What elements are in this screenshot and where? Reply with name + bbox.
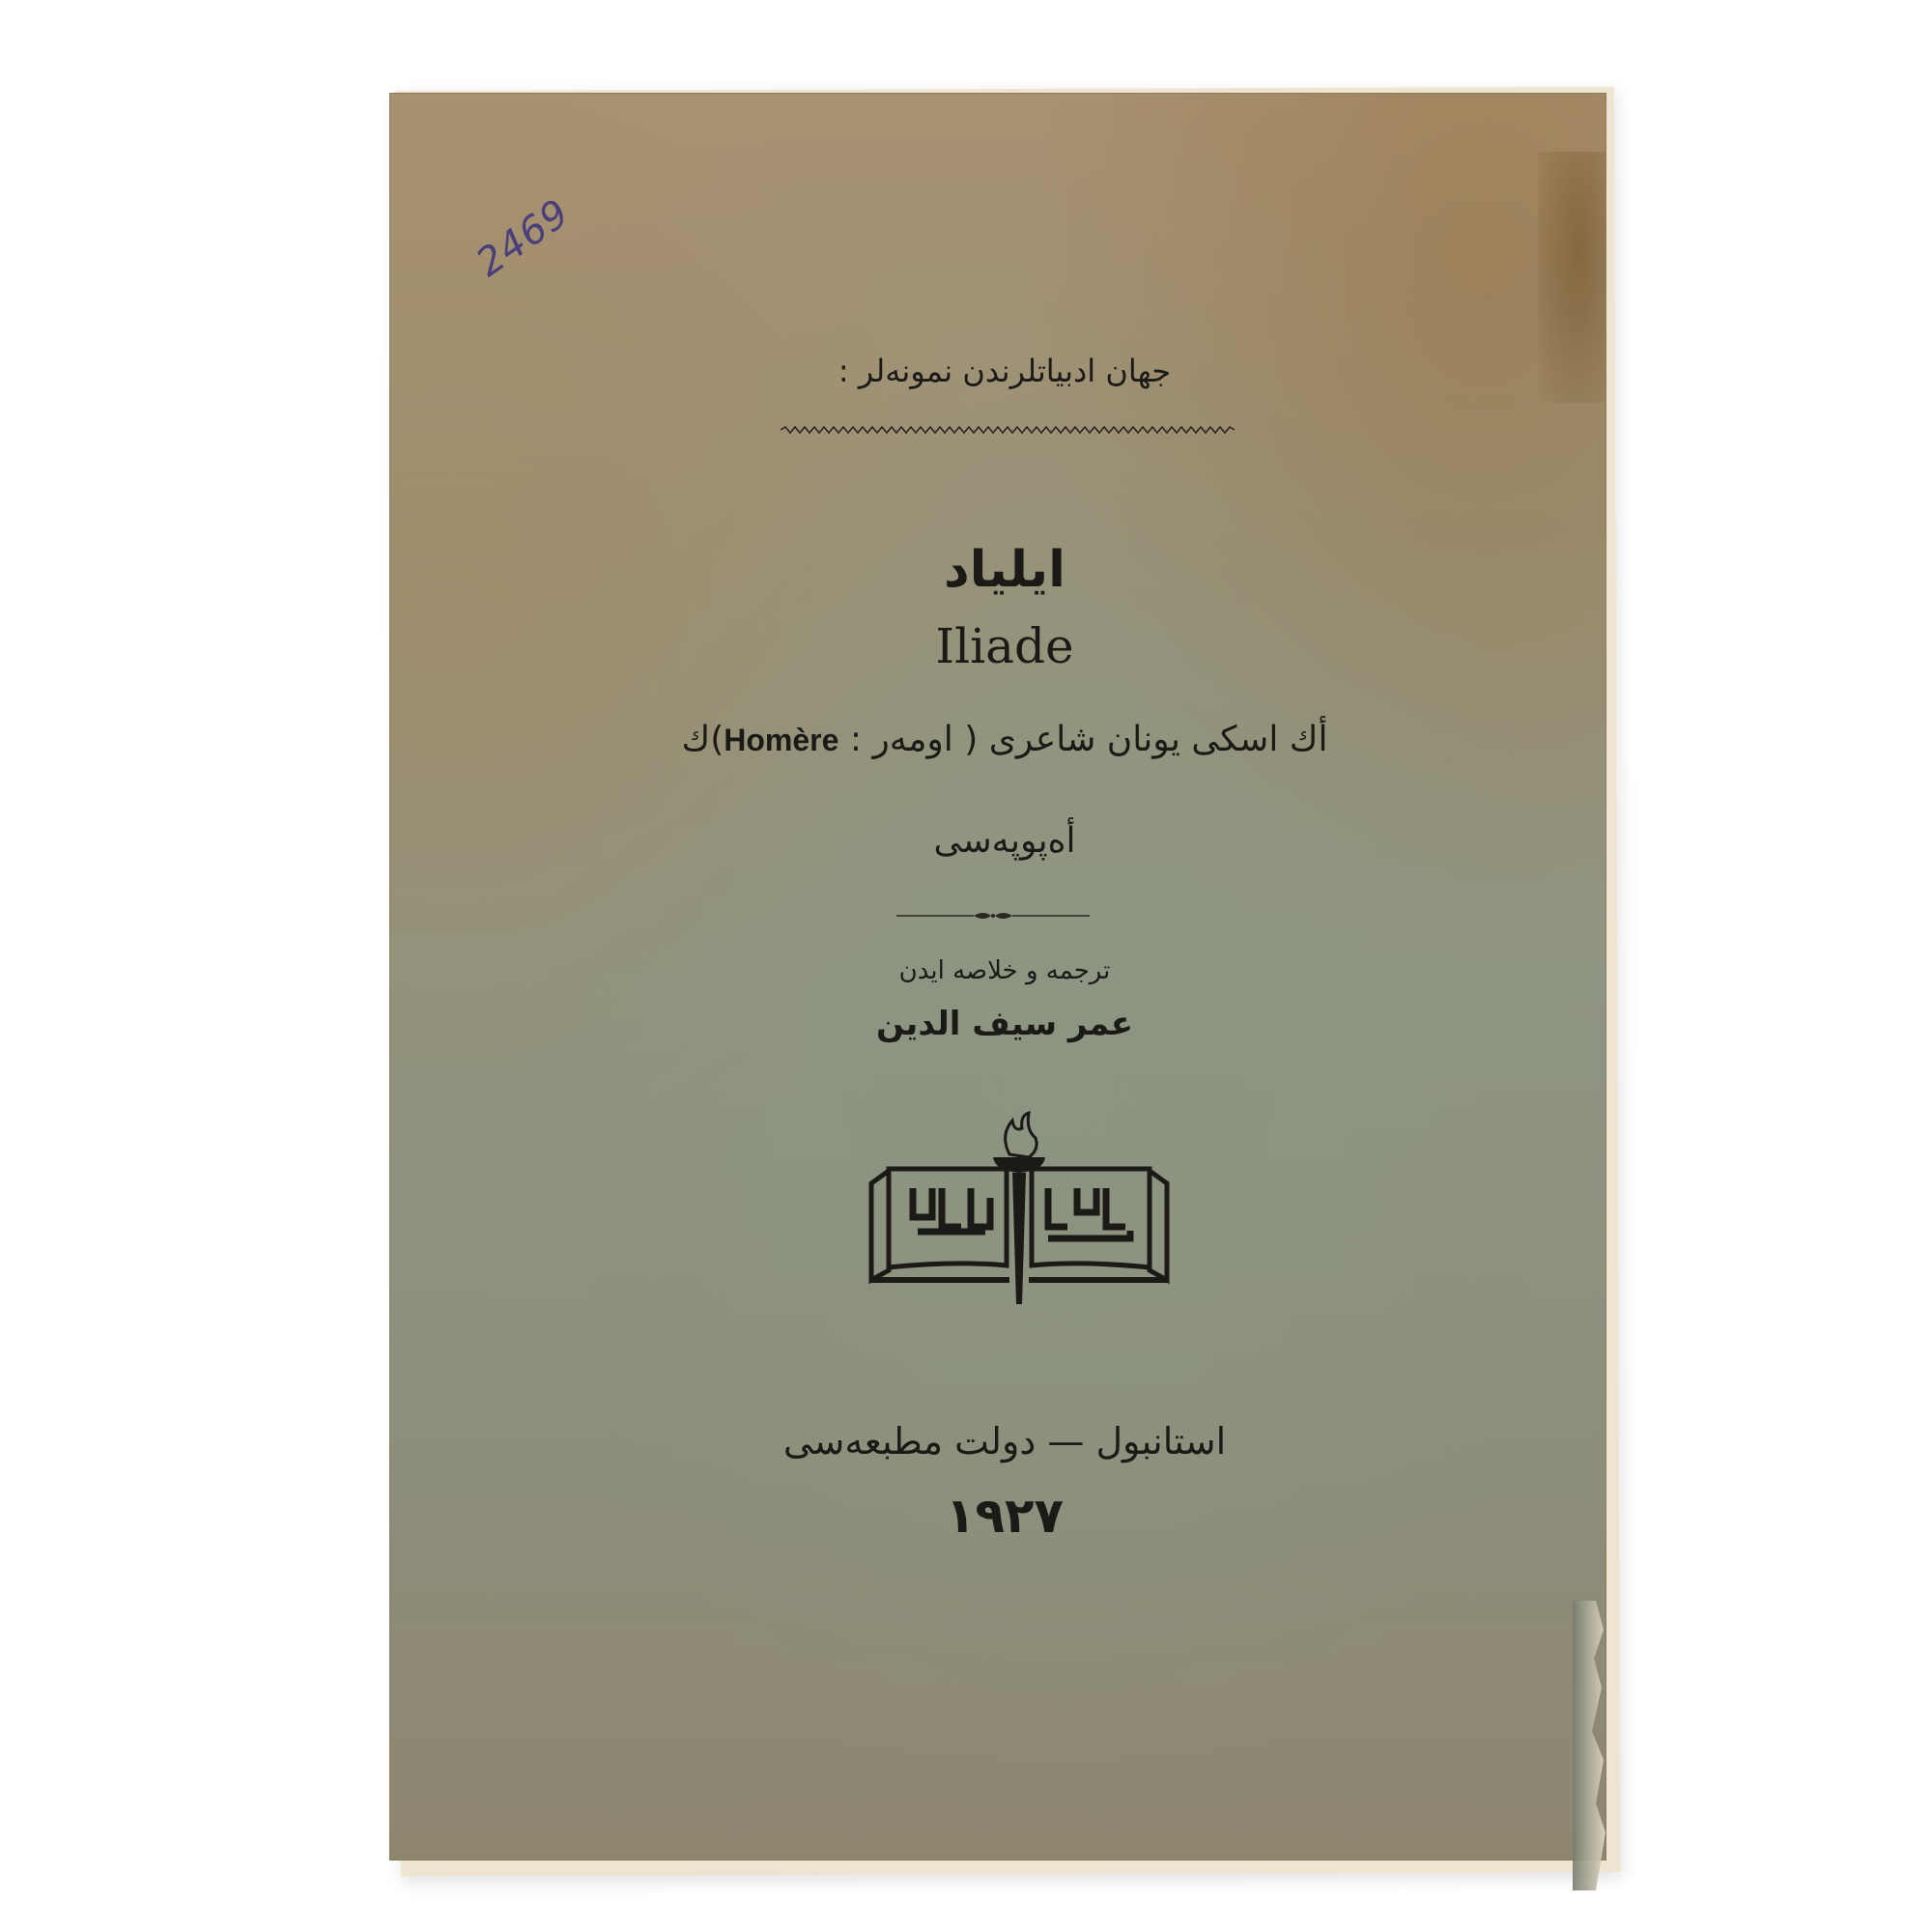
ornament-divider [896, 906, 1090, 925]
series-title: جهان ادبیاتلرندن نمونه‌لر : [753, 353, 1256, 389]
subtitle-line-2: أه‌پوپه‌سی [753, 821, 1256, 861]
stain [1538, 152, 1605, 403]
subtitle-line-1: أك اسكی یونان شاعری ( اومه‌ر : Homère)ك [676, 720, 1333, 759]
subtitle-homere: Homère [724, 723, 838, 757]
publication-year: ١٩٢٧ [753, 1488, 1256, 1544]
translator-label: ترجمه و خلاصه ایدن [753, 956, 1256, 985]
torn-edge [1573, 1601, 1611, 1890]
title-ottoman: ایلیاد [753, 541, 1256, 599]
book-torch-emblem-icon [860, 1111, 1179, 1314]
subtitle-line-1-end: )ك [682, 720, 724, 759]
title-latin: Iliade [753, 618, 1256, 674]
translator-name: عمر سیف الدین [753, 1005, 1256, 1043]
subtitle-line-1-arabic: أك اسكی یونان شاعری ( اومه‌ر : [838, 720, 1327, 759]
wavy-divider [781, 425, 1235, 435]
publisher-line: استانبول — دولت مطبعه‌سی [753, 1420, 1256, 1463]
